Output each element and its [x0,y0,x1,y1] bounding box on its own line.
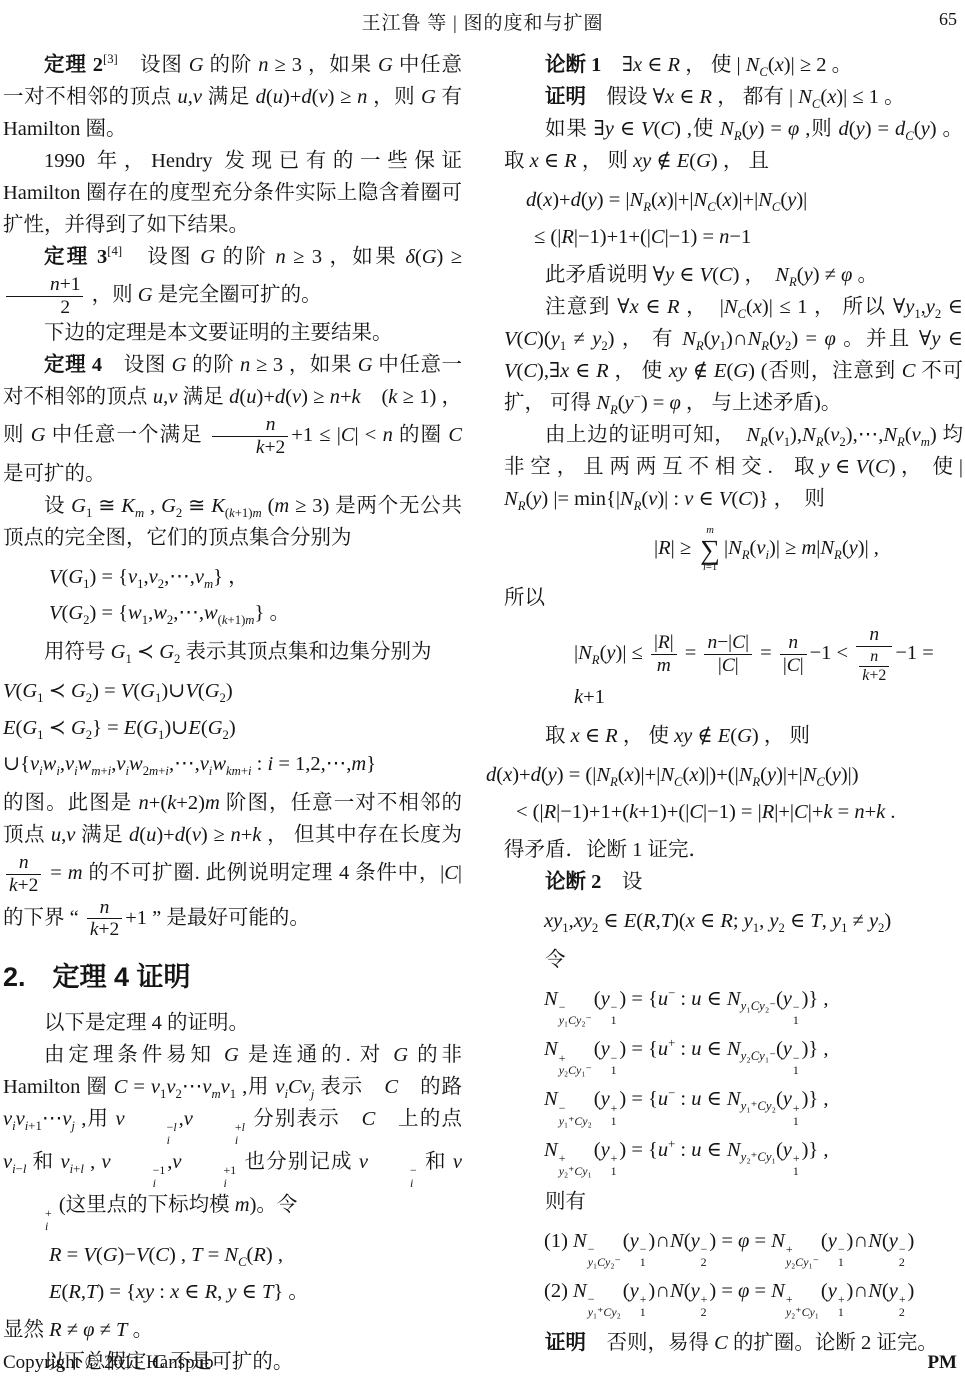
equation-vg1: V(G1) = {v1,v2,⋯,vm} ， [49,564,462,592]
paragraph-claim1-case: 如果 ∃y ∈ V(C) ,使 NR(y) = φ ,则 d(y) = dC(y… [504,114,963,178]
paragraph-main-result-intro: 下边的定理是本文要证明的主要结果。 [3,318,462,350]
right-column: 论断 1 ∃x ∈ R ， 使 | NC(x)| ≥ 2 。证明 假设 ∀x ∈… [504,50,963,1379]
copyright-text: Copyright © 2011 Hanspub [3,1352,214,1374]
running-head-title: 王江鲁 等 | 图的度和与扩圈 [0,8,965,35]
equation-edge-set: ∪{viwi,viwm+i,viw2m+i,⋯,viwkm+i : i = 1,… [3,751,462,779]
paragraph-example-setup: 设 G1 ≅ Km , G2 ≅ K(k+1)m (m ≥ 3) 是两个无公共顶… [3,491,462,555]
equation-n-def-4: N+y₂⁺Cy₁(y+1) = {u+ : u ∈ Ny₂⁺Cy₁(y+1)} … [544,1137,963,1178]
paragraph-therefore: 所以 [504,583,963,615]
page-number: 65 [939,9,957,30]
equation-claim2-1: (1) N−y₁Cy₂⁻(y−1)∩N(y−2) = φ = N+y₂Cy₁⁻(… [544,1228,963,1269]
equation-claim2-2: (2) N−y₁⁺Cy₂(y+1)∩N(y+2) = φ = N+y₂⁺Cy₁(… [544,1278,963,1319]
paragraph-then: 则有 [504,1187,963,1219]
equation-degree-sum-2: d(x)+d(y) = (|NR(x)|+|NC(x)|)+(|NR(y)|+|… [486,762,963,790]
paragraph-theorem-4: 定理 4 设图 G 的阶 n ≥ 3 ，如果 G 中任意一对不相邻的顶点 u,v… [3,350,462,491]
equation-sum-bound: |R| ≥ m∑i=1|NR(vi)| ≥ m|NR(y)| , [654,525,963,574]
section-heading-proof: 2. 定理 4 证明 [3,961,462,993]
paragraph-claim1-proof-start: 证明 假设 ∀x ∈ R ， 都有 | NC(x)| ≤ 1 。 [504,82,963,114]
paragraph-proof-setup: 由定理条件易知 G 是连通的. 对 G 的非 Hamilton 圈 C = v1… [3,1040,462,1234]
equation-n-def-2: N+y₂Cy₁⁻(y−1) = {u+ : u ∈ Ny₂Cy₁⁻(y−1)} … [544,1036,963,1077]
equation-vertex-union: V(G1 ≺ G2) = V(G1)∪V(G2) [3,678,462,706]
equation-nr-bound: |NR(y)| ≤ |R|m = n−|C||C| = n|C|−1 < nnk… [574,624,963,712]
page-footer: Copyright © 2011 Hanspub PM [3,1352,957,1374]
paragraph-notation: 用符号 G1 ≺ G2 表示其顶点集和边集分别为 [3,637,462,669]
paragraph-proof-intro: 以下是定理 4 的证明。 [3,1008,462,1040]
paragraph-nonempty: 显然 R ≠ φ ≠ T 。 [3,1315,462,1347]
paragraph-example-conclusion: 的图。此图是 n+(k+2)m 阶图，任意一对不相邻的顶点 u,v 满足 d(u… [3,788,462,941]
paragraph-theorem-3: 定理 3[4] 设图 G 的阶 n ≥ 3 ，如果 δ(G) ≥ n+12 ，则… [3,242,462,319]
paragraph-min-choice: 由上边的证明可知， NR(v1),NR(v2),⋯,NR(vm) 均 非 空 ，… [504,420,963,516]
equation-degree-bound-1: ≤ (|R|−1)+1+(|C|−1) = n−1 [534,224,963,252]
equation-n-def-1: N−y₁Cy₂⁻(y−1) = {u− : u ∈ Ny₁Cy₂⁻(y−1)} … [544,986,963,1027]
equation-claim2-hypothesis: xy1,xy2 ∈ E(R,T)(x ∈ R; y1, y2 ∈ T, y1 ≠… [544,908,963,936]
two-column-body: 定理 2[3] 设图 G 的阶 n ≥ 3 ，如果 G 中任意一对不相邻的顶点 … [3,50,963,1379]
paper-page: 王江鲁 等 | 图的度和与扩圈 65 定理 2[3] 设图 G 的阶 n ≥ 3… [0,0,965,1386]
equation-ert-def: E(R,T) = {xy : x ∈ R, y ∈ T} 。 [49,1279,462,1307]
paragraph-claim-2: 论断 2 设 [504,867,963,899]
paragraph-claim1-done: 得矛盾．论断 1 证完． [504,835,963,867]
paragraph-take-x: 取 x ∈ R ， 使 xy ∉ E(G) ， 则 [504,721,963,753]
paragraph-hendry: 1990 年，Hendry 发现已有的一些保证 Hamilton 圈存在的度型充… [3,146,462,242]
paragraph-note-disjoint: 注意到 ∀x ∈ R ， |NC(x)| ≤ 1 ， 所以 ∀y1,y2 ∈ V… [504,292,963,420]
page-header: 王江鲁 等 | 图的度和与扩圈 65 [0,8,965,38]
equation-r-t-def: R = V(G)−V(C) , T = NC(R) , [49,1242,462,1270]
paragraph-contradiction-1: 此矛盾说明 ∀y ∈ V(C) ， NR(y) ≠ φ 。 [504,260,963,292]
equation-edge-union: E(G1 ≺ G2} = E(G1)∪E(G2) [3,715,462,743]
equation-n-def-3: N−y₁⁺Cy₂(y+1) = {u− : u ∈ Ny₁⁺Cy₂(y+1)} … [544,1086,963,1127]
page-mark: PM [927,1352,957,1374]
paragraph-let: 令 [504,945,963,977]
equation-degree-bound-2: < (|R|−1)+1+(k+1)+(|C|−1) = |R|+|C|+k = … [516,799,963,827]
equation-vg2: V(G2) = {w1,w2,⋯,w(k+1)m} 。 [49,600,462,628]
left-column: 定理 2[3] 设图 G 的阶 n ≥ 3 ，如果 G 中任意一对不相邻的顶点 … [3,50,462,1379]
paragraph-claim-1: 论断 1 ∃x ∈ R ， 使 | NC(x)| ≥ 2 。 [504,50,963,82]
equation-degree-sum-1: d(x)+d(y) = |NR(x)|+|NC(x)|+|NC(y)| [526,187,963,215]
paragraph-theorem-2: 定理 2[3] 设图 G 的阶 n ≥ 3 ，如果 G 中任意一对不相邻的顶点 … [3,50,462,146]
